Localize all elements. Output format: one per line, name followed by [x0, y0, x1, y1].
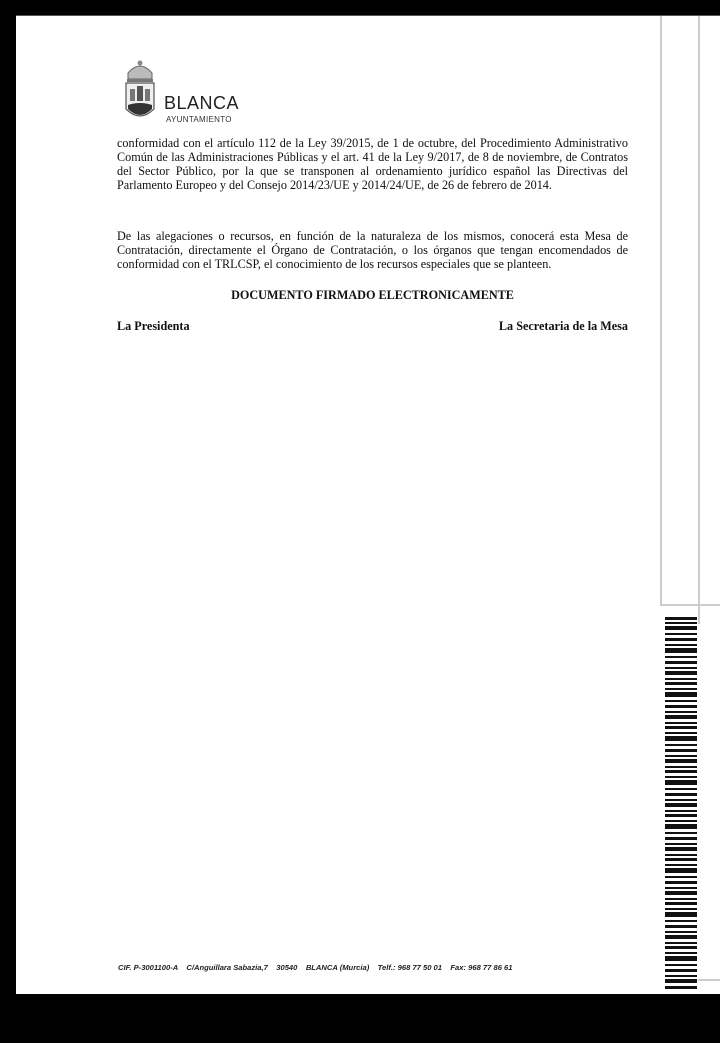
signature-secretaria: La Secretaria de la Mesa [499, 319, 628, 334]
logo-subtitle: AYUNTAMIENTO [166, 115, 232, 124]
ayuntamiento-logo: BLANCA AYUNTAMIENTO [120, 57, 250, 135]
margin-line-horizontal [660, 604, 720, 606]
paragraph-legal-basis: conformidad con el artículo 112 de la Le… [117, 136, 628, 192]
document-page: BLANCA AYUNTAMIENTO conformidad con el a… [16, 15, 720, 994]
paragraph-appeals: De las alegaciones o recursos, en funció… [117, 229, 628, 271]
footer-contact-info: CIF. P-3001100-A C/Anguillara Sabazia,7 … [118, 963, 628, 972]
margin-line-bottom [698, 979, 720, 981]
margin-line-left [660, 16, 662, 606]
margin-line-right [698, 16, 700, 624]
signature-presidenta: La Presidenta [117, 319, 190, 334]
barcode-icon [665, 617, 697, 990]
signed-document-title: DOCUMENTO FIRMADO ELECTRONICAMENTE [117, 288, 628, 303]
coat-of-arms-icon [120, 57, 160, 129]
logo-name: BLANCA [164, 93, 239, 114]
